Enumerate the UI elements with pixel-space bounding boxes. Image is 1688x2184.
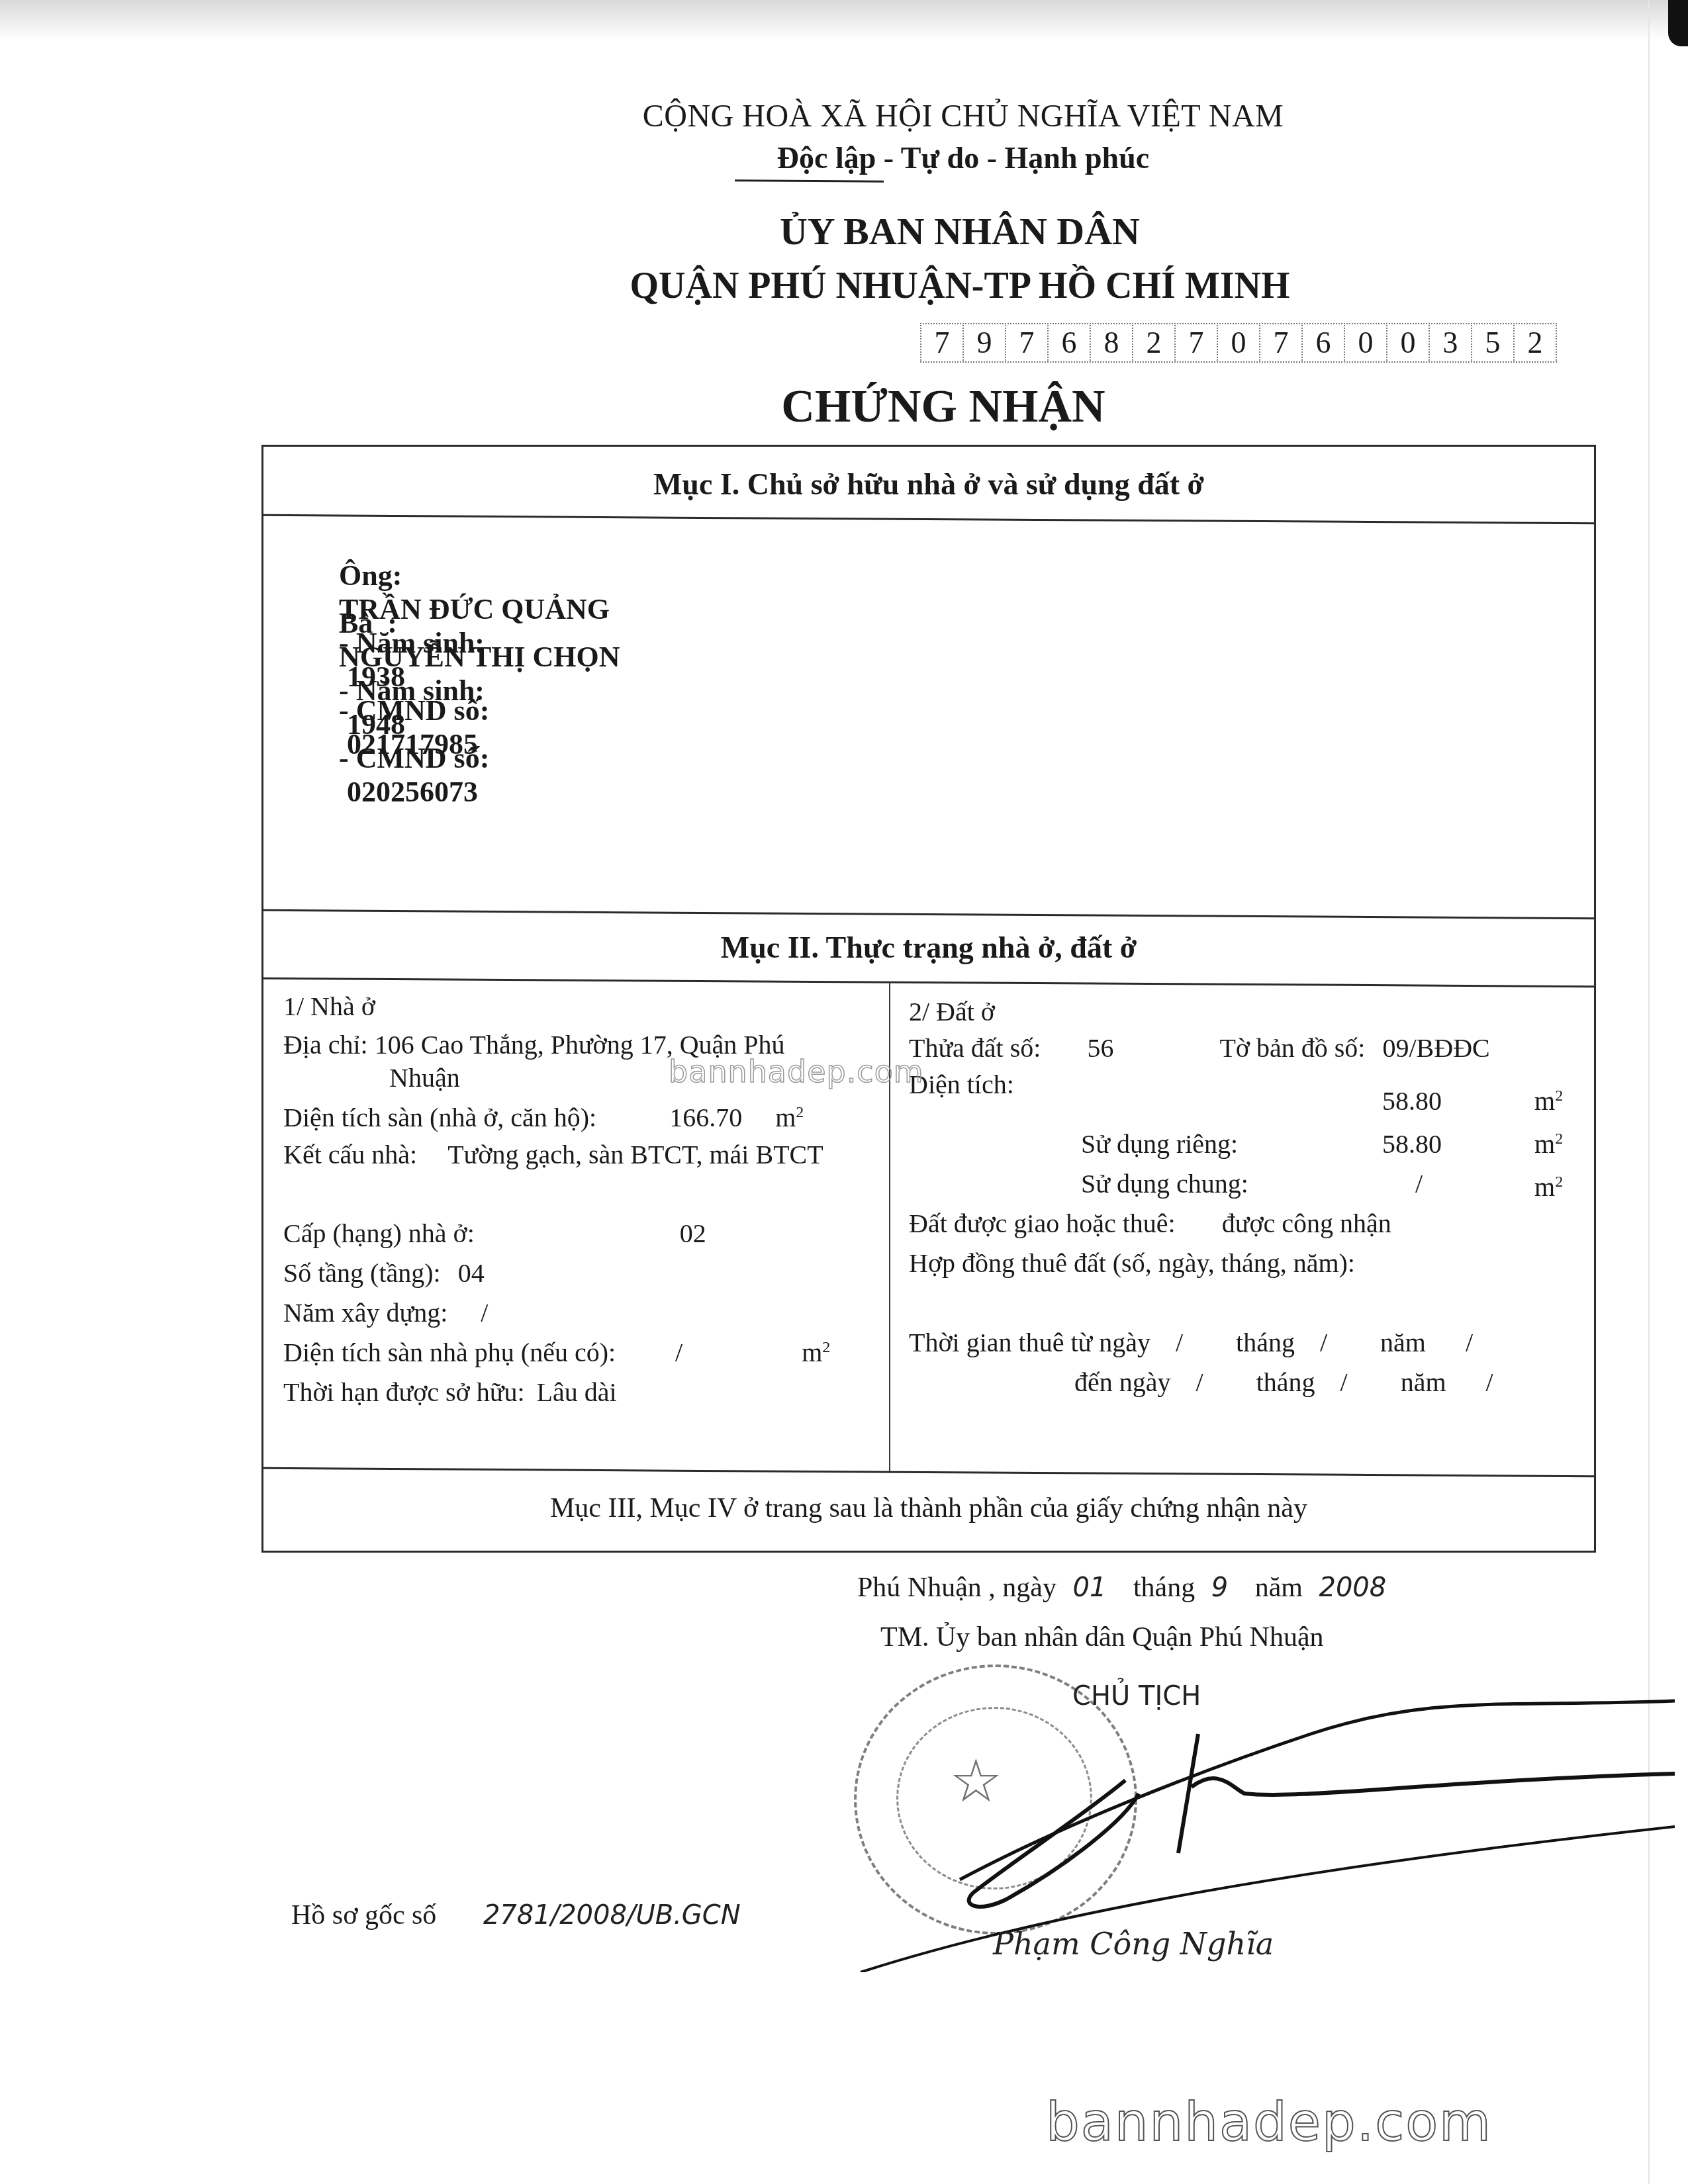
unit: m2 <box>1534 1171 1563 1203</box>
blank: / <box>1176 1328 1183 1357</box>
floors-value: 04 <box>458 1258 485 1288</box>
floors-row: Số tầng (tầng): 04 <box>283 1257 485 1289</box>
place-date: Phú Nhuận , ngày 01 tháng 9 năm 2008 <box>857 1572 1406 1604</box>
private-use-label: Sử dụng riêng: <box>1081 1128 1238 1160</box>
floor-area-row: Diện tích sàn (nhà ở, căn hộ): 166.70 m2 <box>283 1102 804 1133</box>
scan-shadow <box>0 0 1688 40</box>
land-heading: 2/ Đất ở <box>909 996 995 1027</box>
year-built-value: / <box>481 1298 488 1328</box>
year-built-label: Năm xây dựng: <box>283 1298 447 1328</box>
unit: m2 <box>802 1338 830 1367</box>
map-sheet-label: Tờ bản đồ số: <box>1219 1033 1365 1063</box>
parcel-row: Thửa đất số: 56 Tờ bản đồ số: 09/BĐĐC <box>909 1032 1490 1064</box>
term-label: Thời hạn được sở hữu: <box>283 1377 525 1407</box>
serial-digit: 3 <box>1429 323 1472 363</box>
blank: / <box>1486 1367 1493 1397</box>
floor-area-label: Diện tích sàn (nhà ở, căn hộ): <box>283 1103 596 1132</box>
divider <box>263 514 1594 524</box>
owner-salutation: Bà : <box>339 606 397 640</box>
serial-digit: 7 <box>1174 323 1218 363</box>
structure-label: Kết cấu nhà: <box>283 1140 417 1169</box>
month-label: tháng <box>1236 1328 1295 1357</box>
lease-to-label: đến ngày <box>1074 1367 1171 1397</box>
id-label: - CMND số: <box>339 741 489 775</box>
divider <box>263 909 1594 919</box>
serial-digit: 0 <box>1217 323 1260 363</box>
year-label: năm <box>1255 1572 1303 1603</box>
lease-contract-label: Hợp đồng thuê đất (số, ngày, tháng, năm)… <box>909 1248 1355 1279</box>
month-label: tháng <box>1133 1572 1195 1603</box>
serial-digit: 9 <box>962 323 1006 363</box>
aux-area-value: / <box>675 1338 682 1367</box>
on-behalf-line: TM. Ủy ban nhân dân Quận Phú Nhuận <box>880 1621 1324 1653</box>
lease-from-label: Thời gian thuê từ ngày <box>909 1328 1150 1357</box>
handwritten-day: 01 <box>1072 1572 1106 1603</box>
year-label: năm <box>1401 1367 1446 1397</box>
district-heading: QUẬN PHÚ NHUẬN-TP HỒ CHÍ MINH <box>596 265 1324 307</box>
grade-label: Cấp (hạng) nhà ở: <box>283 1218 475 1248</box>
structure-row: Kết cấu nhà: Tường gạch, sàn BTCT, mái B… <box>283 1139 823 1170</box>
footer-note: Mục III, Mục IV ở trang sau là thành phầ… <box>263 1492 1594 1524</box>
certificate-frame: Mục I. Chủ sở hữu nhà ở và sử dụng đất ở… <box>261 445 1596 1553</box>
grade-value: 02 <box>680 1218 706 1248</box>
signer-name: Phạm Công Nghĩa <box>993 1926 1274 1962</box>
shared-use-value: / <box>1415 1168 1423 1199</box>
file-number-row: Hồ sơ gốc số 2781/2008/UB.GCN <box>291 1899 761 1931</box>
place-label: Phú Nhuận , ngày <box>857 1572 1056 1603</box>
structure-value: Tường gạch, sàn BTCT, mái BTCT <box>447 1140 823 1169</box>
unit: m2 <box>775 1103 804 1132</box>
house-heading: 1/ Nhà ở <box>283 991 375 1022</box>
motto-underline <box>735 179 884 183</box>
serial-digit: 0 <box>1344 323 1387 363</box>
blank: / <box>1466 1328 1473 1357</box>
birth-year: 1948 <box>347 707 405 741</box>
divider <box>263 978 1594 987</box>
watermark: bannhadep.com <box>669 1054 924 1089</box>
file-label: Hồ sơ gốc số <box>291 1900 436 1931</box>
serial-digit: 6 <box>1047 323 1091 363</box>
authority-heading: ỦY BAN NHÂN DÂN <box>596 209 1324 253</box>
lease-from-row: Thời gian thuê từ ngày / tháng / năm / <box>909 1327 1473 1358</box>
serial-digit: 7 <box>1259 323 1303 363</box>
serial-digit: 7 <box>1005 323 1049 363</box>
divider <box>263 1467 1594 1477</box>
shared-use-label: Sử dụng chung: <box>1081 1168 1248 1199</box>
allocation-row: Đất được giao hoặc thuê: được công nhận <box>909 1208 1391 1239</box>
term-value: Lâu dài <box>537 1377 617 1407</box>
private-use-value: 58.80 <box>1382 1128 1442 1160</box>
serial-digit: 2 <box>1132 323 1176 363</box>
serial-digit: 8 <box>1090 323 1133 363</box>
aux-area-label: Diện tích sàn nhà phụ (nếu có): <box>283 1338 616 1367</box>
term-row: Thời hạn được sở hữu: Lâu dài <box>283 1377 617 1408</box>
floor-area-value: 166.70 <box>669 1103 742 1132</box>
blank: / <box>1340 1367 1348 1397</box>
handwritten-month: 9 <box>1211 1572 1228 1603</box>
year-label: năm <box>1380 1328 1426 1357</box>
blank: / <box>1320 1328 1327 1357</box>
section1-title: Mục I. Chủ sở hữu nhà ở và sử dụng đất ở <box>263 467 1594 502</box>
watermark: bannhadep.com <box>1046 2091 1492 2153</box>
birth-label: - Năm sinh: <box>339 674 485 707</box>
address-label: Địa chỉ: <box>283 1030 368 1060</box>
section2-title: Mục II. Thực trạng nhà ở, đất ở <box>263 930 1594 965</box>
serial-digit: 7 <box>920 323 964 363</box>
grade-row: Cấp (hạng) nhà ở: 02 <box>283 1218 706 1249</box>
handwritten-file-number: 2781/2008/UB.GCN <box>483 1900 741 1931</box>
land-area-value: 58.80 <box>1382 1085 1442 1116</box>
floors-label: Số tầng (tầng): <box>283 1258 441 1288</box>
certificate-title: CHỨNG NHẬN <box>662 381 1225 433</box>
owner-row-2: Bà : NGUYỄN THỊ CHỌN - Năm sinh: 1948 - … <box>310 572 643 842</box>
aux-area-row: Diện tích sàn nhà phụ (nếu có): / m2 <box>283 1337 830 1368</box>
id-number: 020256073 <box>347 775 478 809</box>
allocation-value: được công nhận <box>1222 1208 1391 1238</box>
blank: / <box>1196 1367 1203 1397</box>
land-area-label: Diện tích: <box>909 1069 1014 1100</box>
motto: Độc lập - Tự do - Hạnh phúc <box>616 140 1311 175</box>
serial-digit: 5 <box>1471 323 1515 363</box>
month-label: tháng <box>1256 1367 1315 1397</box>
serial-digit: 2 <box>1513 323 1557 363</box>
allocation-label: Đất được giao hoặc thuê: <box>909 1208 1176 1238</box>
unit: m2 <box>1534 1128 1563 1160</box>
serial-digit: 0 <box>1386 323 1430 363</box>
serial-number: 797682707600352 <box>920 323 1556 363</box>
lease-to-row: đến ngày / tháng / năm / <box>1074 1367 1493 1398</box>
handwritten-year: 2008 <box>1319 1572 1386 1603</box>
serial-digit: 6 <box>1301 323 1345 363</box>
year-built-row: Năm xây dựng: / <box>283 1297 488 1328</box>
owner-name: NGUYỄN THỊ CHỌN <box>339 640 643 674</box>
unit: m2 <box>1534 1085 1563 1116</box>
parcel-value: 56 <box>1087 1033 1113 1063</box>
address-value-cont: Nhuận <box>389 1062 460 1093</box>
map-sheet-value: 09/BĐĐC <box>1382 1033 1489 1063</box>
parcel-label: Thửa đất số: <box>909 1033 1041 1063</box>
nation-heading: CỘNG HOÀ XÃ HỘI CHỦ NGHĨA VIỆT NAM <box>616 98 1311 134</box>
scan-corner <box>1668 0 1688 46</box>
